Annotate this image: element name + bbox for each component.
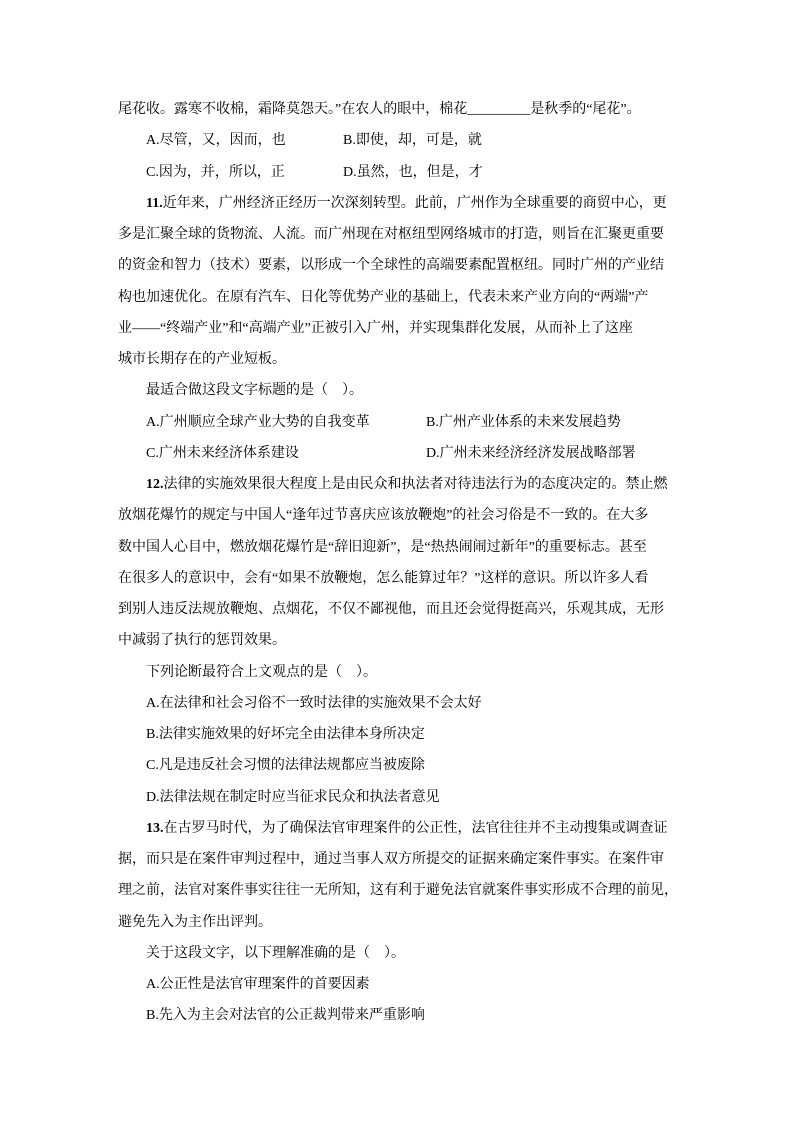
q11-paragraph-text-1: 近年来，广州经济正经历一次深刻转型。此前，广州作为全球重要的商贸中心，更 — [163, 196, 667, 211]
q12-option-c: C.凡是违反社会习惯的法律法规都应当被废除 — [118, 750, 758, 781]
q10-option-a: A.尽管，又，因而，也 — [146, 125, 343, 156]
q13-paragraph-text-1: 在古罗马时代，为了确保法官审理案件的公正性，法官往往并不主动搜集或调查证 — [164, 821, 668, 836]
q11-paragraph-line-5: 业——“终端产业”和“高端产业”正被引入广州，并实现集群化发展，从而补上了这座 — [118, 313, 758, 344]
q11-number: 11. — [146, 196, 163, 211]
q12-paragraph-line-1: 12.法律的实施效果很大程度上是由民众和执法者对待违法行为的态度决定的。禁止燃 — [118, 469, 758, 500]
q11-option-d: D.广州未来经济经济发展战略部署 — [426, 446, 636, 461]
q13-paragraph-line-2: 据，而只是在案件审判过程中，通过当事人双方所提交的证据来确定案件事实。在案件审 — [118, 844, 758, 875]
q13-prompt: 关于这段文字，以下理解准确的是（ ）。 — [118, 938, 758, 969]
q12-paragraph-line-2: 放烟花爆竹的规定与中国人“逢年过节喜庆应该放鞭炮”的社会习俗是不一致的。在大多 — [118, 500, 758, 531]
q12-number: 12. — [146, 477, 164, 492]
q10-continuation-line: 尾花收。露寒不收棉，霜降莫怨天。”在农人的眼中，棉花_________是秋季的“… — [118, 94, 758, 125]
q10-options-row-ab: A.尽管，又，因而，也B.即使，却，可是，就 — [118, 125, 758, 156]
q13-option-b: B.先入为主会对法官的公正裁判带来严重影响 — [118, 1000, 758, 1031]
q12-prompt: 下列论断最符合上文观点的是（ ）。 — [118, 657, 758, 688]
q10-option-c: C.因为，并，所以，正 — [146, 157, 343, 188]
q11-options-row-ab: A.广州顺应全球产业大势的自我变革B.广州产业体系的未来发展趋势 — [118, 407, 758, 438]
q12-option-d: D.法律法规在制定时应当征求民众和执法者意见 — [118, 782, 758, 813]
text-block: 尾花收。露寒不收棉，霜降莫怨天。”在农人的眼中，棉花_________是秋季的“… — [118, 94, 758, 1032]
q11-option-a: A.广州顺应全球产业大势的自我变革 — [146, 407, 426, 438]
q12-option-a: A.在法律和社会习俗不一致时法律的实施效果不会太好 — [118, 688, 758, 719]
q11-option-c: C.广州未来经济体系建设 — [146, 438, 426, 469]
q13-number: 13. — [146, 821, 164, 836]
q13-paragraph-line-4: 避免先入为主作出评判。 — [118, 907, 758, 938]
q11-paragraph-line-2: 多是汇聚全球的货物流、人流。而广州现在对枢纽型网络城市的打造，则旨在汇聚更重要 — [118, 219, 758, 250]
q11-options-row-cd: C.广州未来经济体系建设D.广州未来经济经济发展战略部署 — [118, 438, 758, 469]
q11-paragraph-line-4: 构也加速优化。在原有汽车、日化等优势产业的基础上，代表未来产业方向的“两端”产 — [118, 282, 758, 313]
q12-option-b: B.法律实施效果的好坏完全由法律本身所决定 — [118, 719, 758, 750]
q12-paragraph-line-6: 中减弱了执行的惩罚效果。 — [118, 625, 758, 656]
q11-paragraph-line-6: 城市长期存在的产业短板。 — [118, 344, 758, 375]
q10-options-row-cd: C.因为，并，所以，正D.虽然，也，但是，才 — [118, 157, 758, 188]
q10-option-b: B.即使，却，可是，就 — [343, 133, 482, 148]
q12-paragraph-line-4: 在很多人的意识中，会有“如果不放鞭炮，怎么能算过年？”这样的意识。所以许多人看 — [118, 563, 758, 594]
q12-paragraph-line-5: 到别人违反法规放鞭炮、点烟花，不仅不鄙视他，而且还会觉得挺高兴，乐观其成，无形 — [118, 594, 758, 625]
q11-paragraph-line-1: 11.近年来，广州经济正经历一次深刻转型。此前，广州作为全球重要的商贸中心，更 — [118, 188, 758, 219]
document-page: 尾花收。露寒不收棉，霜降莫怨天。”在农人的眼中，棉花_________是秋季的“… — [0, 0, 794, 1123]
q12-paragraph-text-1: 法律的实施效果很大程度上是由民众和执法者对待违法行为的态度决定的。禁止燃 — [164, 477, 668, 492]
q13-paragraph-line-1: 13.在古罗马时代，为了确保法官审理案件的公正性，法官往往并不主动搜集或调查证 — [118, 813, 758, 844]
q11-option-b: B.广州产业体系的未来发展趋势 — [426, 415, 621, 430]
q13-paragraph-line-3: 理之前，法官对案件事实往往一无所知，这有利于避免法官就案件事实形成不合理的前见， — [118, 875, 758, 906]
q12-paragraph-line-3: 数中国人心目中，燃放烟花爆竹是“辞旧迎新”，是“热热闹闹过新年”的重要标志。甚至 — [118, 532, 758, 563]
q11-prompt: 最适合做这段文字标题的是（ ）。 — [118, 375, 758, 406]
q11-paragraph-line-3: 的资金和智力（技术）要素，以形成一个全球性的高端要素配置枢纽。同时广州的产业结 — [118, 250, 758, 281]
q13-option-a: A.公正性是法官审理案件的首要因素 — [118, 969, 758, 1000]
q10-option-d: D.虽然，也，但是，才 — [343, 165, 483, 180]
